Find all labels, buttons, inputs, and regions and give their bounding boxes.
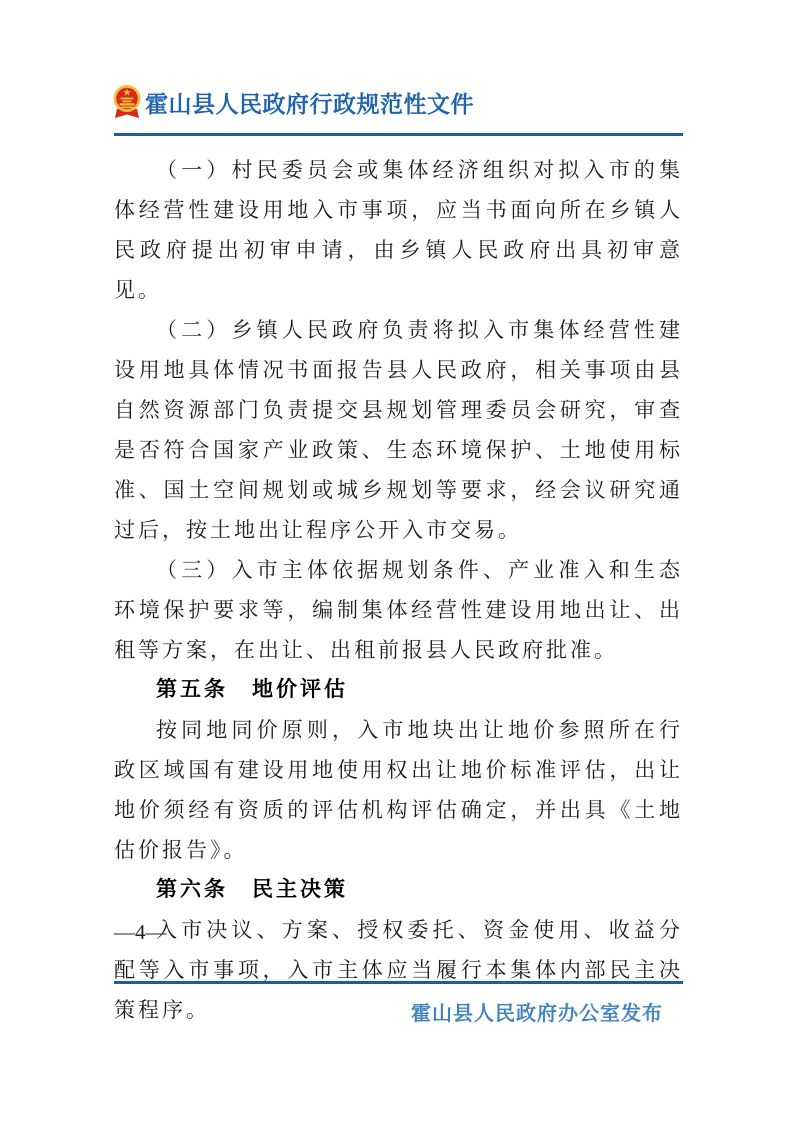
article-6-heading: 第六条 民主决策 <box>114 870 683 910</box>
body-paragraph-1: （一）村民委员会或集体经济组织对拟入市的集体经营性建设用地入市事项，应当书面向所… <box>114 150 683 310</box>
document-body: （一）村民委员会或集体经济组织对拟入市的集体经营性建设用地入市事项，应当书面向所… <box>114 150 683 1030</box>
body-paragraph-3: （三）入市主体依据规划条件、产业准入和生态环境保护要求等，编制集体经营性建设用地… <box>114 550 683 670</box>
body-paragraph-2: （二）乡镇人民政府负责将拟入市集体经营性建设用地具体情况书面报告县人民政府，相关… <box>114 310 683 550</box>
header-rule <box>114 133 683 136</box>
footer-publisher: 霍山县人民政府办公室发布 <box>114 997 683 1026</box>
page-number: —4— <box>114 912 167 952</box>
document-header: 霍山县人民政府行政规范性文件 <box>112 84 474 120</box>
document-header-title: 霍山县人民政府行政规范性文件 <box>145 86 474 119</box>
article-5-heading: 第五条 地价评估 <box>114 670 683 710</box>
body-paragraph-4: 按同地同价原则，入市地块出让地价参照所在行政区域国有建设用地使用权出让地价标准评… <box>114 710 683 870</box>
document-page: 霍山县人民政府行政规范性文件 （一）村民委员会或集体经济组织对拟入市的集体经营性… <box>0 0 793 1122</box>
footer-rule <box>114 981 683 984</box>
china-national-emblem-icon <box>112 84 142 120</box>
